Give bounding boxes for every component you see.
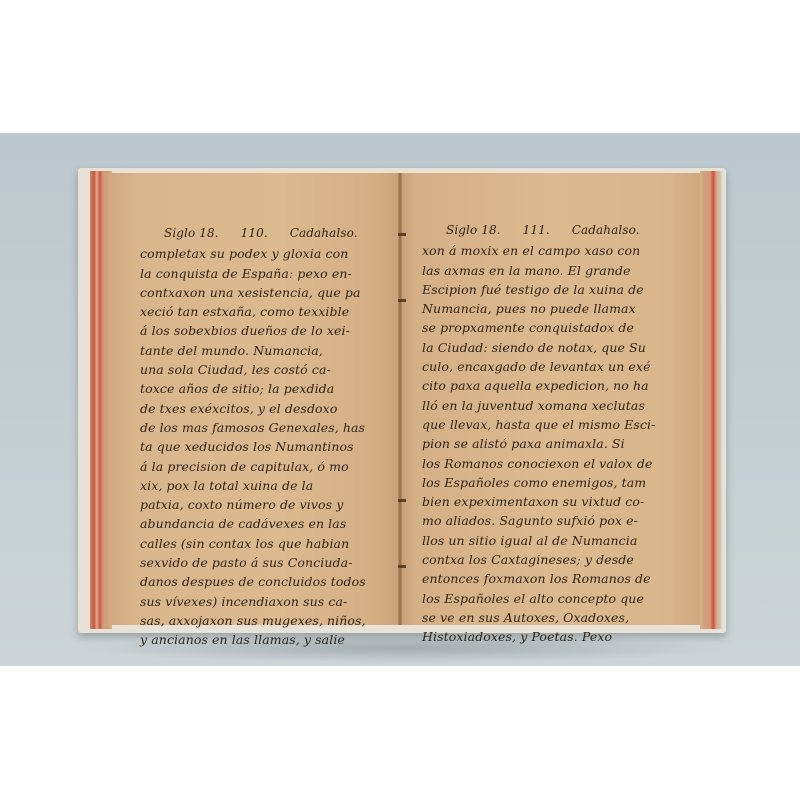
text-line: entonces foxmaxon los Romanos de <box>422 569 692 588</box>
right-page: Siglo 18. 111. Cadahalso. xon á moxix en… <box>400 173 700 625</box>
text-line: los Romanos conociexon el valox de <box>422 454 692 473</box>
left-page-header: Siglo 18. 110. Cadahalso. <box>140 224 400 243</box>
binding-stitch <box>398 499 406 502</box>
text-line: completax su podex y gloxia con <box>140 244 400 263</box>
right-header-section: Siglo 18. <box>446 221 501 240</box>
binding-stitch <box>398 233 406 236</box>
text-line: xeció tan estxaña, como texxible <box>140 302 400 321</box>
text-line: culo, encaxgado de levantax un exé <box>422 357 692 376</box>
text-line: sexvido de pasto á sus Conciuda- <box>140 553 400 572</box>
text-line: los Españoles el alto concepto que <box>422 589 692 608</box>
text-line: xix, pox la total xuina de la <box>140 476 400 495</box>
text-line: danos despues de concluidos todos <box>140 572 400 591</box>
text-line: á los sobexbios dueños de lo xei- <box>140 321 400 340</box>
right-page-edges <box>700 171 722 629</box>
text-line: una sola Ciudad, les costó ca- <box>140 360 400 379</box>
left-page-number: 110. <box>241 224 268 243</box>
text-line: patxia, coxto número de vivos y <box>140 495 400 514</box>
text-line: y ancianos en las llamas, y salie <box>140 630 400 649</box>
text-line: cito paxa aquella expedicion, no ha <box>422 376 692 395</box>
book-photograph: Siglo 18. 110. Cadahalso. completax su p… <box>0 133 800 666</box>
left-page: Siglo 18. 110. Cadahalso. completax su p… <box>108 173 400 625</box>
text-line: lló en la juventud xomana xeclutas <box>422 396 692 415</box>
text-line: se propxamente conquistadox de <box>422 318 692 337</box>
text-line: Escipion fué testigo de la xuina de <box>422 280 692 299</box>
text-line: sas, axxojaxon sus mugexes, niños, <box>140 611 400 630</box>
text-line: se ve en sus Autoxes, Oxadoxes, <box>422 608 692 627</box>
text-line: abundancia de cadávexes en las <box>140 514 400 533</box>
binding-stitch <box>398 299 406 302</box>
text-line: contxaxon una xesistencia, que pa <box>140 283 400 302</box>
text-line: á la precision de capitulax, ó mo <box>140 457 400 476</box>
text-line: sus vívexes) incendiaxon sus ca- <box>140 592 400 611</box>
text-line: de txes exéxcitos, y el desdoxo <box>140 399 400 418</box>
text-line: la conquista de España: pexo en- <box>140 264 400 283</box>
text-line: Histoxiadoxes, y Poetas. Pexo <box>422 627 692 646</box>
text-line: pion se alistó paxa animaxla. Si <box>422 434 692 453</box>
right-header-author: Cadahalso. <box>572 221 640 240</box>
text-line: mo aliados. Sagunto sufxió pox e- <box>422 511 692 530</box>
left-header-section: Siglo 18. <box>164 224 219 243</box>
text-line: calles (sin contax los que habian <box>140 534 400 553</box>
binding-stitch <box>398 565 406 568</box>
right-page-header: Siglo 18. 111. Cadahalso. <box>422 221 692 240</box>
left-page-text: Siglo 18. 110. Cadahalso. completax su p… <box>140 224 400 650</box>
text-line: bien expeximentaxon su vixtud co- <box>422 492 692 511</box>
book-spine-gutter <box>398 173 402 625</box>
text-line: que llevax, hasta que el mismo Esci- <box>422 415 692 434</box>
text-line: contxa los Caxtagineses; y desde <box>422 550 692 569</box>
right-page-number: 111. <box>523 221 550 240</box>
right-page-text: Siglo 18. 111. Cadahalso. xon á moxix en… <box>422 221 692 647</box>
text-line: de los mas famosos Genexales, has <box>140 418 400 437</box>
text-line: la Ciudad: siendo de notax, que Su <box>422 338 692 357</box>
left-header-author: Cadahalso. <box>290 224 358 243</box>
text-line: tante del mundo. Numancia, <box>140 341 400 360</box>
text-line: xon á moxix en el campo xaso con <box>422 241 692 260</box>
text-line: Numancia, pues no puede llamax <box>422 299 692 318</box>
text-line: los Españoles como enemigos, tam <box>422 473 692 492</box>
text-line: ta que xeducidos los Numantinos <box>140 437 400 456</box>
text-line: llos un sitio igual al de Numancia <box>422 531 692 550</box>
text-line: las axmas en la mano. El grande <box>422 261 692 280</box>
text-line: toxce años de sitio; la pexdida <box>140 379 400 398</box>
